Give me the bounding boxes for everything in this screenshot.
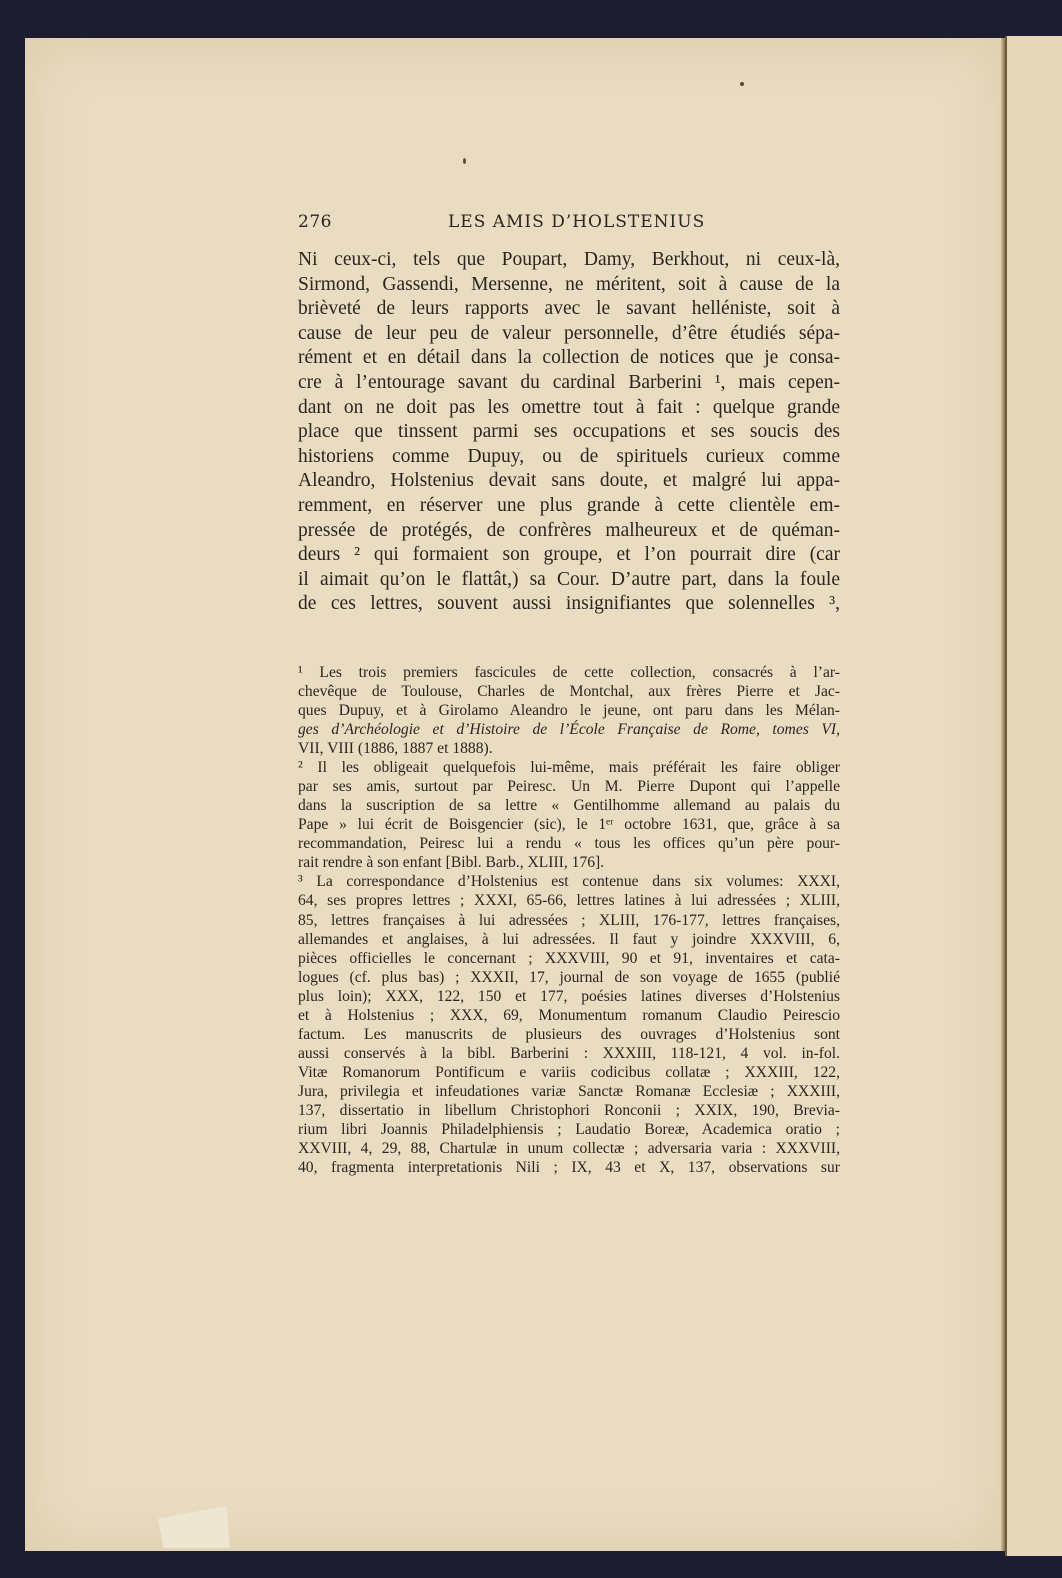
- page-text: 276 LES AMIS D’HOLSTENIUS Ni ceux-ci, te…: [298, 212, 840, 1177]
- footnote-line: 137, dissertatio in libellum Christophor…: [298, 1101, 840, 1120]
- body-line: remment, en réserver une plus grande à c…: [298, 494, 840, 519]
- footnote-line: pièces officielles le concernant ; XXXVI…: [298, 949, 840, 968]
- footnote-line: VII, VIII (1886, 1887 et 1888).: [298, 739, 840, 758]
- body-line: de ces lettres, souvent aussi insignifia…: [298, 592, 840, 617]
- adjacent-page-edge: [1005, 36, 1062, 1556]
- footnote-line: chevêque de Toulouse, Charles de Montcha…: [298, 682, 840, 701]
- footnote-line: rium libri Joannis Philadelphiensis ; La…: [298, 1120, 840, 1139]
- body-line: dant on ne doit pas les omettre tout à f…: [298, 396, 840, 421]
- footnote-line: ² Il les obligeait quelquefois lui-même,…: [298, 758, 840, 777]
- body-line: brièveté de leurs rapports avec le savan…: [298, 297, 840, 322]
- footnote-line: rait rendre à son enfant [Bibl. Barb., X…: [298, 853, 840, 872]
- footnote-1: ¹ Les trois premiers fascicules de cette…: [298, 663, 840, 758]
- footnote-line: par ses amis, surtout par Peiresc. Un M.…: [298, 777, 840, 796]
- paper-speck: [463, 158, 466, 164]
- body-line: deurs ² qui formaient son groupe, et l’o…: [298, 543, 840, 568]
- running-head: 276 LES AMIS D’HOLSTENIUS: [298, 212, 840, 238]
- running-head-title: LES AMIS D’HOLSTENIUS: [448, 212, 705, 232]
- body-paragraph: Ni ceux-ci, tels que Poupart, Damy, Berk…: [298, 248, 840, 617]
- paper-speck: [740, 82, 744, 86]
- body-line: il aimait qu’on le flattât,) sa Cour. D’…: [298, 568, 840, 593]
- footnote-3: ³ La correspondance d’Holstenius est con…: [298, 872, 840, 1177]
- body-line: historiens comme Dupuy, ou de spirituels…: [298, 445, 840, 470]
- body-line: place que tinssent parmi ses occupations…: [298, 420, 840, 445]
- footnotes: ¹ Les trois premiers fascicules de cette…: [298, 663, 840, 1177]
- body-line: cre à l’entourage savant du cardinal Bar…: [298, 371, 840, 396]
- footnote-line: ¹ Les trois premiers fascicules de cette…: [298, 663, 840, 682]
- footnote-line: ques Dupuy, et à Girolamo Aleandro le je…: [298, 701, 840, 720]
- body-line: Ni ceux-ci, tels que Poupart, Damy, Berk…: [298, 248, 840, 273]
- body-line: pressée de protégés, de confrères malheu…: [298, 519, 840, 544]
- footnote-line: factum. Les manuscrits de plusieurs des …: [298, 1025, 840, 1044]
- page-number: 276: [298, 212, 448, 232]
- footnote-line: 40, fragmenta interpretationis Nili ; IX…: [298, 1158, 840, 1177]
- footnote-2: ² Il les obligeait quelquefois lui-même,…: [298, 758, 840, 872]
- footnote-line: ³ La correspondance d’Holstenius est con…: [298, 872, 840, 891]
- body-line: Sirmond, Gassendi, Mersenne, ne méritent…: [298, 273, 840, 298]
- footnote-line: allemandes et anglaises, à lui adressées…: [298, 930, 840, 949]
- footnote-line: Vitæ Romanorum Pontificum e variis codic…: [298, 1063, 840, 1082]
- footnote-line: XXVIII, 4, 29, 88, Chartulæ in unum coll…: [298, 1139, 840, 1158]
- footnote-line: logues (cf. plus bas) ; XXXII, 17, journ…: [298, 968, 840, 987]
- footnote-line: Pape » lui écrit de Boisgencier (sic), l…: [298, 815, 840, 834]
- footnote-line: 64, ses propres lettres ; XXXI, 65-66, l…: [298, 891, 840, 910]
- footnote-line: ges d’Archéologie et d’Histoire de l’Éco…: [298, 720, 840, 739]
- footnote-line: recommandation, Peiresc lui a rendu « to…: [298, 834, 840, 853]
- body-line: rément et en détail dans la collection d…: [298, 346, 840, 371]
- footnote-line: Jura, privilegia et infeudationes variæ …: [298, 1082, 840, 1101]
- footnote-line: aussi conservés à la bibl. Barberini : X…: [298, 1044, 840, 1063]
- body-line: Aleandro, Holstenius devait sans doute, …: [298, 469, 840, 494]
- footnote-line: 85, lettres françaises à lui adressées ;…: [298, 911, 840, 930]
- footnote-line: plus loin); XXX, 122, 150 et 177, poésie…: [298, 987, 840, 1006]
- body-line: cause de leur peu de valeur personnelle,…: [298, 322, 840, 347]
- footnote-line: dans la suscription de sa lettre « Genti…: [298, 796, 840, 815]
- footnote-line: et à Holstenius ; XXX, 69, Monumentum ro…: [298, 1006, 840, 1025]
